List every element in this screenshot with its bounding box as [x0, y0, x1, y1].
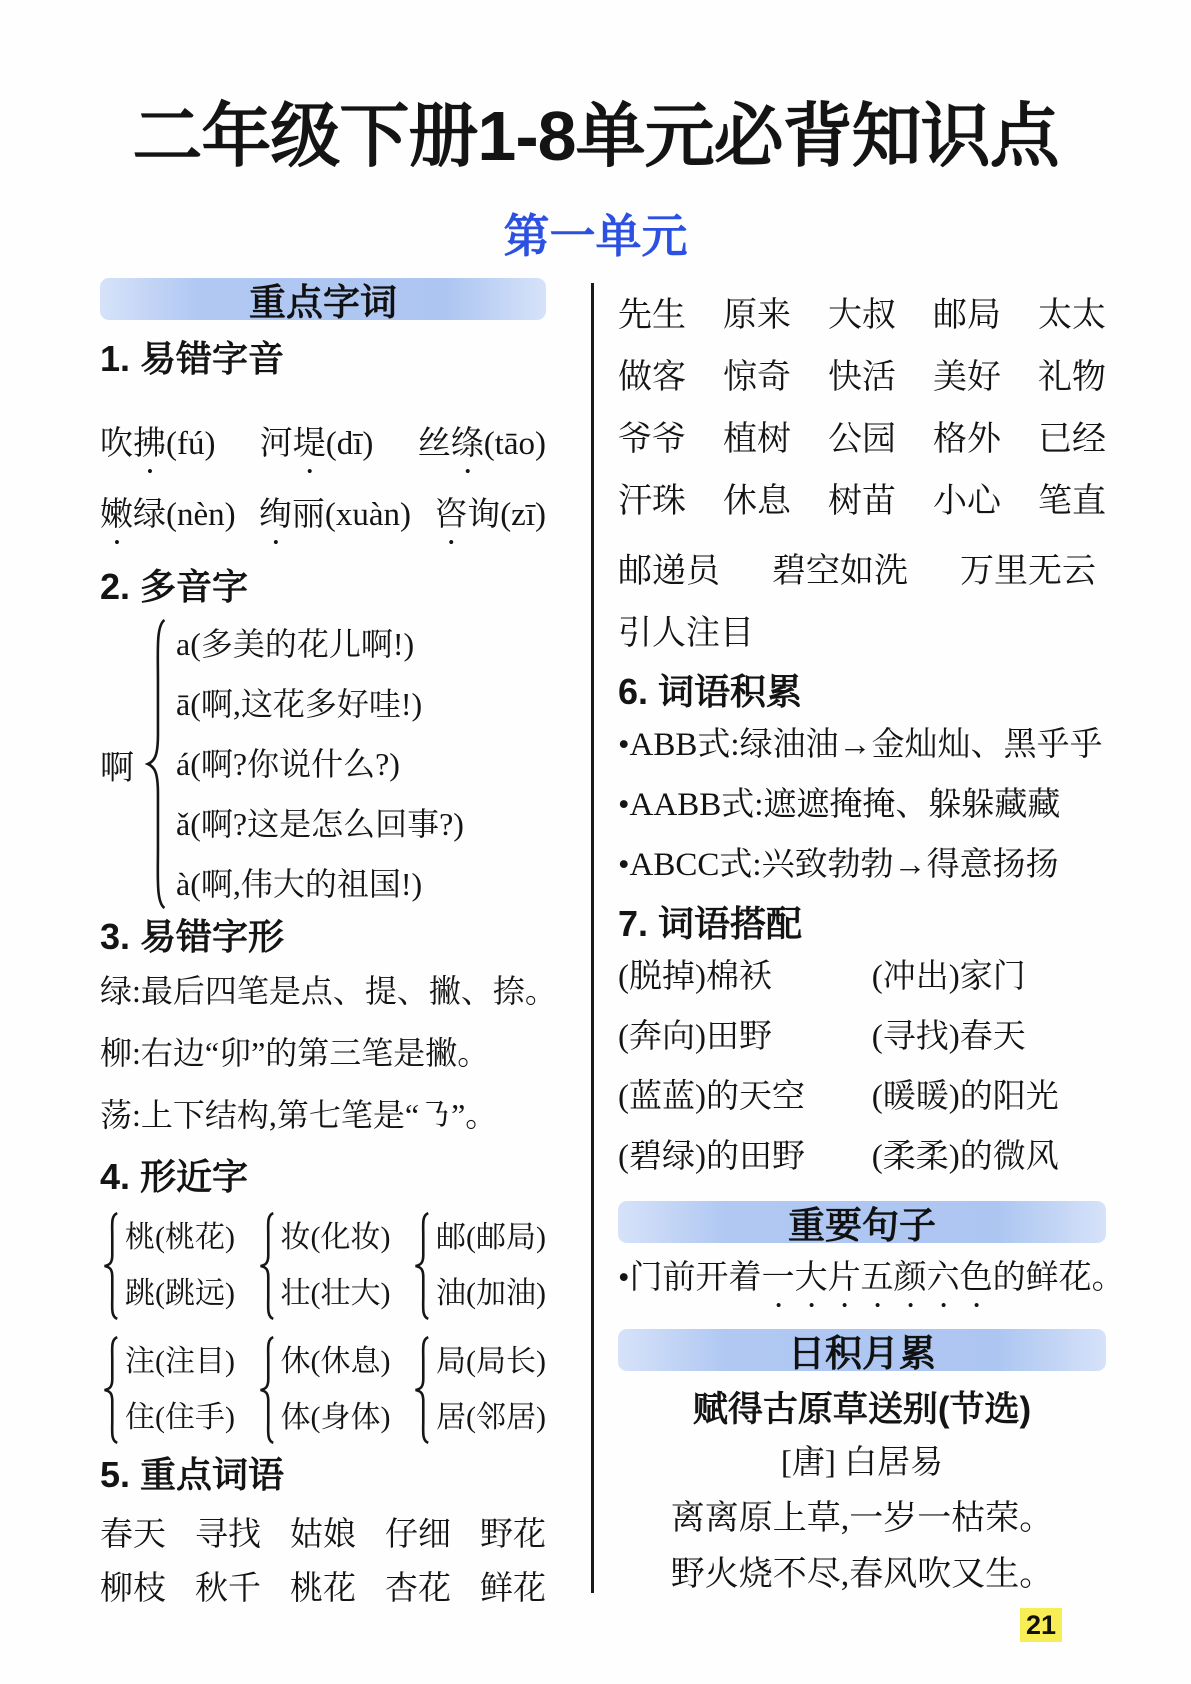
heading-wrong-shape: 3. 易错字形: [100, 914, 546, 960]
polyphone-block: 啊 a(多美的花儿啊!) ā(啊,这花多好哇!) á(啊?你说什么?) ǎ(啊?…: [100, 614, 546, 914]
curly-brace-icon: [256, 1335, 276, 1445]
pairing-row: (脱掉)棉袄 (冲出)家门: [618, 947, 1106, 1007]
word: 笔直: [1038, 471, 1106, 533]
word-row: 春天 寻找 姑娘 仔细 野花: [100, 1508, 546, 1562]
word: 原来: [723, 285, 791, 347]
word: 引人注目: [618, 603, 1106, 665]
word: 美好: [933, 347, 1001, 409]
word: 大叔: [828, 285, 896, 347]
word-row: 先生 原来 大叔 邮局 太太: [618, 285, 1106, 347]
pinyin-row: 嫩绿(nèn) 绚丽(xuàn) 咨询(zī): [100, 489, 546, 552]
word: 杏花: [385, 1562, 451, 1616]
word-row: 柳枝 秋千 桃花 杏花 鲜花: [100, 1562, 546, 1616]
similar-char-row: 桃(桃花)跳(跳远) 妆(化妆)壮(壮大) 邮(邮局)油(加油): [100, 1210, 546, 1322]
similar-char-group: 桃(桃花)跳(跳远): [100, 1210, 235, 1322]
page-number-badge: 21: [1020, 1608, 1062, 1642]
polyphone-variant: á(啊?你说什么?): [176, 734, 464, 794]
study-sheet-page: 二年级下册1-8单元必背知识点 第一单元 重点字词 1. 易错字音 吹拂(fú)…: [0, 0, 1191, 1684]
pairing: (冲出)家门: [872, 947, 1026, 1007]
word-row: 汗珠 休息 树苗 小心 笔直: [618, 471, 1106, 533]
word: 小心: [933, 471, 1001, 533]
pairing: (暖暖)的阳光: [872, 1067, 1059, 1127]
polyphone-variant: ǎ(啊?这是怎么回事?): [176, 794, 464, 854]
word: 秋千: [195, 1562, 261, 1616]
similar-char-group: 注(注目)住(住手): [100, 1334, 235, 1446]
word: 寻找: [195, 1508, 261, 1562]
curly-brace-icon: [411, 1211, 431, 1321]
poem-author: [唐] 白居易: [618, 1435, 1106, 1491]
heading-polyphone: 2. 多音字: [100, 564, 546, 610]
word-row: 做客 惊奇 快活 美好 礼物: [618, 347, 1106, 409]
word: 鲜花: [480, 1562, 546, 1616]
word: 爷爷: [618, 409, 686, 471]
curly-brace-icon: [411, 1335, 431, 1445]
word: 公园: [828, 409, 896, 471]
pinyin-term: 绚丽(xuàn): [259, 489, 411, 552]
pinyin-term: 河堤(dī): [260, 418, 374, 481]
pattern-item: •ABB式:绿油油→金灿灿、黑乎乎: [618, 715, 1106, 775]
pinyin-term: 吹拂(fú): [100, 418, 215, 481]
pairing: (碧绿)的田野: [618, 1127, 872, 1187]
pinyin-row: 吹拂(fú) 河堤(dī) 丝绦(tāo): [100, 418, 546, 481]
pairing-row: (奔向)田野 (寻找)春天: [618, 1007, 1106, 1067]
important-sentence: •门前开着一大片五颜六色的鲜花。: [618, 1255, 1106, 1315]
word: 野花: [480, 1508, 546, 1562]
section-band-key-words: 重点字词: [100, 278, 546, 320]
pinyin-term: 丝绦(tāo): [418, 418, 546, 481]
word: 惊奇: [723, 347, 791, 409]
word: 碧空如洗: [772, 541, 908, 603]
word: 汗珠: [618, 471, 686, 533]
section-band-important-sentences: 重要句子: [618, 1201, 1106, 1243]
word: 礼物: [1038, 347, 1106, 409]
word: 太太: [1038, 285, 1106, 347]
heading-key-words: 5. 重点词语: [100, 1452, 546, 1498]
word: 柳枝: [100, 1562, 166, 1616]
word: 邮递员: [618, 541, 720, 603]
word: 植树: [723, 409, 791, 471]
heading-similar-chars: 4. 形近字: [100, 1154, 546, 1200]
stroke-note: 绿:最后四笔是点、提、撇、捺。: [100, 960, 546, 1022]
heading-wrong-pronunciation: 1. 易错字音: [100, 336, 546, 382]
polyphone-variants: a(多美的花儿啊!) ā(啊,这花多好哇!) á(啊?你说什么?) ǎ(啊?这是…: [176, 614, 464, 914]
similar-char-group: 局(局长)居(邻居): [411, 1334, 546, 1446]
pinyin-term: 咨询(zī): [434, 489, 546, 552]
word: 树苗: [828, 471, 896, 533]
polyphone-variant: ā(啊,这花多好哇!): [176, 674, 464, 734]
similar-char-group: 邮(邮局)油(加油): [411, 1210, 546, 1322]
word: 仔细: [385, 1508, 451, 1562]
similar-char-group: 妆(化妆)壮(壮大): [256, 1210, 391, 1322]
pairing-row: (蓝蓝)的天空 (暖暖)的阳光: [618, 1067, 1106, 1127]
word: 已经: [1038, 409, 1106, 471]
pinyin-term: 嫩绿(nèn): [100, 489, 236, 552]
stroke-note: 荡:上下结构,第七笔是“㇡”。: [100, 1084, 546, 1146]
pairing: (脱掉)棉袄: [618, 947, 872, 1007]
word: 姑娘: [290, 1508, 356, 1562]
word: 休息: [723, 471, 791, 533]
curly-brace-icon: [100, 1335, 120, 1445]
polyphone-base-char: 啊: [100, 740, 142, 789]
word: 做客: [618, 347, 686, 409]
word-row: 邮递员 碧空如洗 万里无云: [618, 541, 1106, 603]
word: 格外: [933, 409, 1001, 471]
similar-char-row: 注(注目)住(住手) 休(休息)体(身体) 局(局长)居(邻居): [100, 1334, 546, 1446]
word: 万里无云: [960, 541, 1096, 603]
word: 先生: [618, 285, 686, 347]
word-row: 爷爷 植树 公园 格外 已经: [618, 409, 1106, 471]
page-title: 二年级下册1-8单元必背知识点: [0, 80, 1191, 181]
pairing-row: (碧绿)的田野 (柔柔)的微风: [618, 1127, 1106, 1187]
polyphone-variant: à(啊,伟大的祖国!): [176, 854, 464, 914]
heading-word-accumulation: 6. 词语积累: [618, 669, 1106, 715]
unit-title: 第一单元: [0, 200, 1191, 266]
curly-brace-icon: [256, 1211, 276, 1321]
left-column: 重点字词 1. 易错字音 吹拂(fú) 河堤(dī) 丝绦(tāo) 嫩绿(nè…: [100, 278, 546, 1616]
poem-line: 野火烧不尽,春风吹又生。: [618, 1547, 1106, 1603]
curly-brace-icon: [100, 1211, 120, 1321]
pairing: (蓝蓝)的天空: [618, 1067, 872, 1127]
word: 快活: [828, 347, 896, 409]
polyphone-variant: a(多美的花儿啊!): [176, 614, 464, 674]
poem-title: 赋得古原草送别(节选): [618, 1385, 1106, 1435]
heading-word-pairing: 7. 词语搭配: [618, 901, 1106, 947]
similar-char-group: 休(休息)体(身体): [256, 1334, 391, 1446]
pairing: (奔向)田野: [618, 1007, 872, 1067]
pattern-item: •AABB式:遮遮掩掩、躲躲藏藏: [618, 775, 1106, 835]
word: 桃花: [290, 1562, 356, 1616]
curly-brace-icon: [142, 614, 168, 914]
poem-line: 离离原上草,一岁一枯荣。: [618, 1491, 1106, 1547]
word: 春天: [100, 1508, 166, 1562]
stroke-note: 柳:右边“卯”的第三笔是撇。: [100, 1022, 546, 1084]
right-column: 先生 原来 大叔 邮局 太太 做客 惊奇 快活 美好 礼物 爷爷 植树 公园 格…: [618, 285, 1106, 1603]
word: 邮局: [933, 285, 1001, 347]
section-band-daily-accumulation: 日积月累: [618, 1329, 1106, 1371]
pairing: (柔柔)的微风: [872, 1127, 1059, 1187]
pattern-item: •ABCC式:兴致勃勃→得意扬扬: [618, 835, 1106, 895]
pairing: (寻找)春天: [872, 1007, 1026, 1067]
column-divider: [591, 283, 594, 1593]
